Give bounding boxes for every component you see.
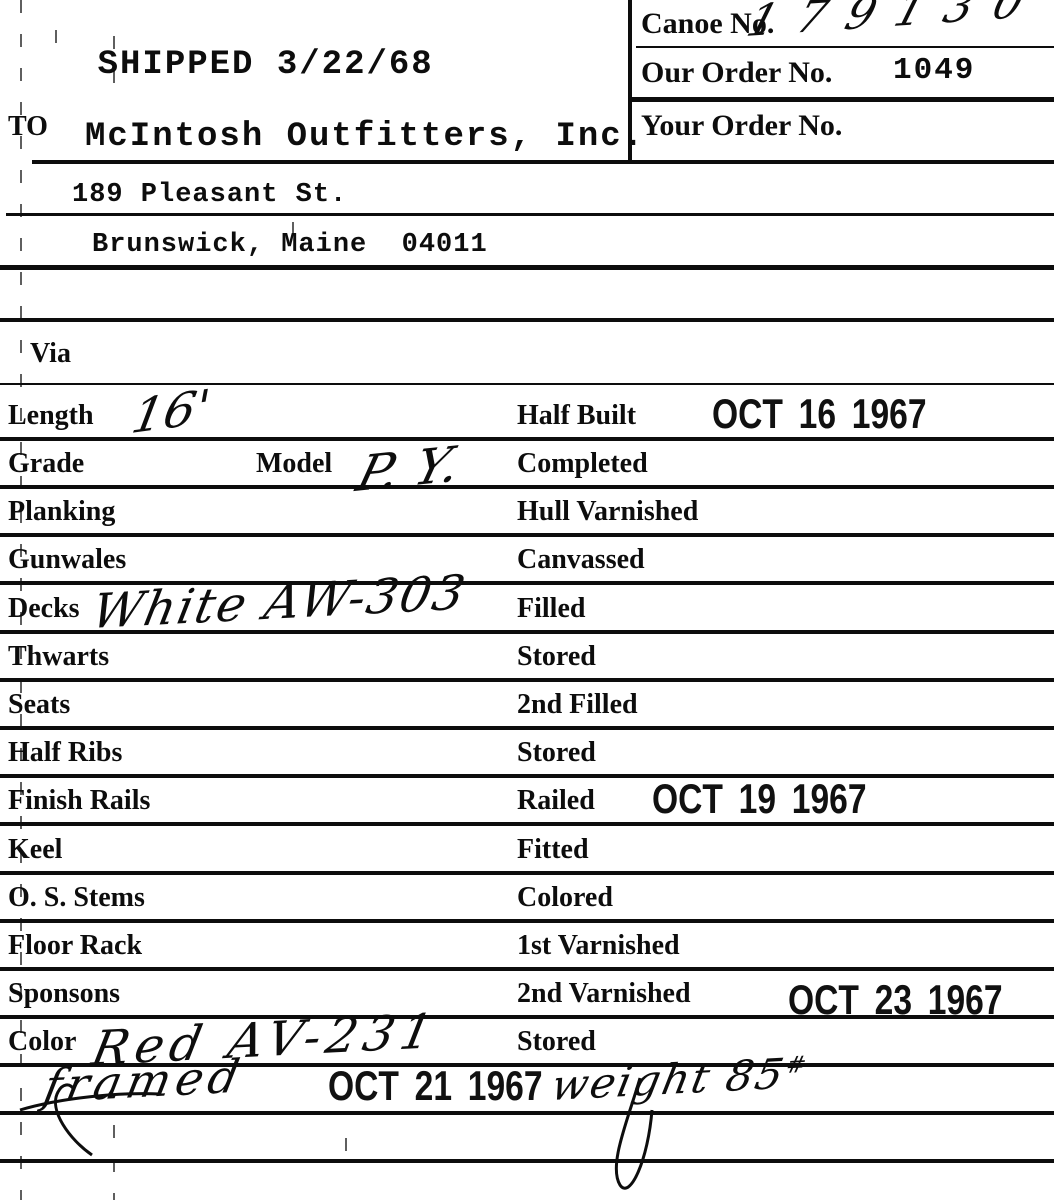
stored-label-3: Stored [517,1028,596,1056]
address-line1: 189 Pleasant St. [72,182,347,209]
thwarts-label: Thwarts [8,643,109,671]
build-record-card: SHIPPED 3/22/68 Canoe No. 179130 Our Ord… [0,0,1054,1200]
row-os-stems: O. S. Stems Colored [0,875,1054,923]
color-label: Color [8,1028,76,1056]
row-empty-last [0,1115,1054,1163]
row-length: Length 16' Half Built OCT 16 1967 [0,393,1054,441]
rule-under-recipient [32,160,1054,164]
row-planking: Planking Hull Varnished [0,489,1054,537]
rule-via-thin [0,383,1054,385]
model-label: Model [256,450,332,478]
rule-blank-address-row [0,318,1054,322]
half-built-label: Half Built [517,402,636,430]
railed-date-stamp: OCT 19 1967 [652,778,867,820]
hull-varnished-label: Hull Varnished [517,498,698,526]
recipient-name: McIntosh Outfitters, Inc. [85,120,645,154]
seats-label: Seats [8,691,70,719]
floor-rack-label: Floor Rack [8,932,142,960]
weight-note-handwritten: weight 85# [548,1052,810,1107]
address-line2: Brunswick, Maine 04011 [92,232,488,259]
stored-label-2: Stored [517,739,596,767]
shipped-date: 3/22/68 [277,46,434,84]
weight-word: weight [547,1053,716,1110]
keel-label: Keel [8,836,62,864]
first-varnished-label: 1st Varnished [517,932,680,960]
your-order-label: Your Order No. [641,111,842,141]
half-ribs-label: Half Ribs [8,739,122,767]
weight-value: 85 [722,1049,790,1101]
row-finish-rails: Finish Rails Railed OCT 19 1967 [0,778,1054,826]
gunwales-label: Gunwales [8,546,126,574]
fitted-label: Fitted [517,836,589,864]
weight-unit: # [784,1052,811,1079]
stored-label-1: Stored [517,643,596,671]
canvassed-label: Canvassed [517,546,645,574]
length-label: Length [8,402,94,430]
shipped-line: SHIPPED 3/22/68 [8,14,434,116]
finish-rails-label: Finish Rails [8,787,150,815]
shipped-label: SHIPPED [98,46,255,84]
via-label: Via [30,340,71,368]
grade-label: Grade [8,450,84,478]
completed-label: Completed [517,450,648,478]
filled-label: Filled [517,595,585,623]
row-sponsons: Sponsons 2nd Varnished OCT 23 1967 [0,971,1054,1019]
half-built-date-stamp: OCT 16 1967 [712,393,927,435]
row-decks: Decks White AW-303 Filled [0,585,1054,634]
row-grade-model: Grade Model P. Y. Completed [0,441,1054,489]
sponsons-label: Sponsons [8,980,120,1008]
decks-label: Decks [8,595,80,623]
railed-label: Railed [517,787,595,815]
to-label: TO [8,113,48,141]
row-floor-rack: Floor Rack 1st Varnished [0,923,1054,971]
rule-under-address2 [0,265,1054,270]
framed-note-handwritten: framed [40,1053,248,1109]
colored-label: Colored [517,884,613,912]
rule-under-our-order [628,97,1054,102]
row-thwarts: Thwarts Stored [0,634,1054,682]
row-half-ribs: Half Ribs Stored [0,730,1054,778]
canoe-no-value: 179130 [742,0,1049,44]
rule-under-address1 [6,213,1054,216]
second-filled-label: 2nd Filled [517,691,638,719]
row-framed-weight: framed OCT 21 1967 weight 85# [0,1067,1054,1115]
our-order-value: 1049 [893,55,975,86]
our-order-label: Our Order No. [641,58,832,88]
second-varnished-label: 2nd Varnished [517,980,691,1008]
framed-date-stamp: OCT 21 1967 [328,1065,543,1107]
row-gunwales: Gunwales Canvassed [0,537,1054,585]
rule-under-canoe-no [636,46,1054,48]
second-varnished-date-stamp: OCT 23 1967 [788,979,1003,1021]
os-stems-label: O. S. Stems [8,884,145,912]
row-keel: Keel Fitted [0,826,1054,875]
planking-label: Planking [8,498,115,526]
length-value-handwritten: 16' [128,383,214,441]
row-seats: Seats 2nd Filled [0,682,1054,730]
